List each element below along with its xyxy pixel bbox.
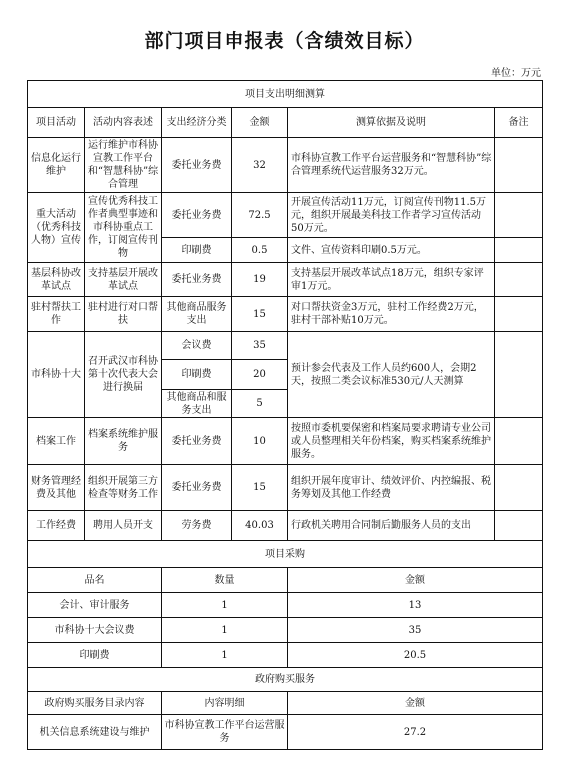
note-cell — [495, 138, 543, 193]
table-row: 工作经费 聘用人员开支 劳务费 40.03 行政机关聘用合同制后勤服务人员的支出 — [28, 511, 543, 541]
detail-section-title: 项目支出明细测算 — [28, 81, 543, 108]
activity-cell: 档案工作 — [28, 418, 85, 465]
content-cell: 驻村进行对口帮扶 — [85, 297, 162, 332]
table-row: 档案工作 档案系统维护服务 委托业务费 10 按照市委机要保密和档案局要求聘请专… — [28, 418, 543, 465]
amount-cell: 19 — [232, 263, 288, 297]
project-application-table: 项目支出明细测算 项目活动 活动内容表述 支出经济分类 金额 测算依据及说明 备… — [27, 80, 543, 750]
content-cell: 宣传优秀科技工作者典型事迹和市科协重点工作，订阅宣传刊物 — [85, 193, 162, 263]
basis-cell: 预计参会代表及工作人员约600人，会期2天，按照二类会议标准530元/人天测算 — [288, 332, 495, 418]
category-cell: 委托业务费 — [162, 418, 232, 465]
table-row: 机关信息系统建设与维护 市科协宣教工作平台运营服务 27.2 — [28, 715, 543, 750]
category-cell: 委托业务费 — [162, 138, 232, 193]
activity-cell: 重大活动（优秀科技人物）宣传 — [28, 193, 85, 263]
col-header-item-name: 品名 — [28, 568, 162, 593]
basis-cell: 市科协宣教工作平台运营服务和“智慧科协”综合管理系统代运营服务32万元。 — [288, 138, 495, 193]
col-header-amount: 金额 — [232, 108, 288, 138]
activity-cell: 工作经费 — [28, 511, 85, 541]
category-cell: 委托业务费 — [162, 193, 232, 238]
basis-cell: 行政机关聘用合同制后勤服务人员的支出 — [288, 511, 495, 541]
note-cell — [495, 418, 543, 465]
note-cell — [495, 332, 543, 418]
note-cell — [495, 511, 543, 541]
detail-header-row: 项目活动 活动内容表述 支出经济分类 金额 测算依据及说明 备注 — [28, 108, 543, 138]
category-cell: 其他商品服务支出 — [162, 297, 232, 332]
item-name-cell: 会计、审计服务 — [28, 593, 162, 618]
col-header-gov-amount: 金额 — [288, 692, 543, 715]
procurement-header-row: 品名 数量 金额 — [28, 568, 543, 593]
col-header-category: 支出经济分类 — [162, 108, 232, 138]
amount-cell: 15 — [232, 297, 288, 332]
amount-cell: 35 — [232, 332, 288, 360]
gov-service-section-title: 政府购买服务 — [28, 668, 543, 692]
basis-cell: 组织开展年度审计、绩效评价、内控编报、税务筹划及其他工作经费 — [288, 465, 495, 511]
table-row: 重大活动（优秀科技人物）宣传 宣传优秀科技工作者典型事迹和市科协重点工作，订阅宣… — [28, 193, 543, 238]
item-name-cell: 印刷费 — [28, 643, 162, 668]
table-row: 基层科协改革试点 支持基层开展改革试点 委托业务费 19 支持基层开展改革试点1… — [28, 263, 543, 297]
col-header-basis: 测算依据及说明 — [288, 108, 495, 138]
basis-cell: 按照市委机要保密和档案局要求聘请专业公司或人员整理相关年份档案，购买档案系统维护… — [288, 418, 495, 465]
table-row: 印刷费 1 20.5 — [28, 643, 543, 668]
quantity-cell: 1 — [162, 618, 288, 643]
col-header-catalog: 政府购买服务目录内容 — [28, 692, 162, 715]
unit-label: 单位：万元 — [491, 64, 541, 79]
amount-cell: 20 — [232, 360, 288, 390]
content-cell: 档案系统维护服务 — [85, 418, 162, 465]
page-title: 部门项目申报表（含绩效目标） — [0, 26, 569, 53]
amount-cell: 15 — [232, 465, 288, 511]
quantity-cell: 1 — [162, 593, 288, 618]
content-cell: 支持基层开展改革试点 — [85, 263, 162, 297]
table-row: 财务管理经费及其他 组织开展第三方检查等财务工作 委托业务费 15 组织开展年度… — [28, 465, 543, 511]
activity-cell: 驻村帮扶工作 — [28, 297, 85, 332]
amount-cell: 32 — [232, 138, 288, 193]
activity-cell: 财务管理经费及其他 — [28, 465, 85, 511]
col-header-detail: 内容明细 — [162, 692, 288, 715]
col-header-quantity: 数量 — [162, 568, 288, 593]
quantity-cell: 1 — [162, 643, 288, 668]
amount-cell: 13 — [288, 593, 543, 618]
col-header-content: 活动内容表述 — [85, 108, 162, 138]
table-row: 市科协十大会议费 1 35 — [28, 618, 543, 643]
col-header-note: 备注 — [495, 108, 543, 138]
category-cell: 其他商品和服务支出 — [162, 390, 232, 418]
item-name-cell: 市科协十大会议费 — [28, 618, 162, 643]
amount-cell: 20.5 — [288, 643, 543, 668]
category-cell: 会议费 — [162, 332, 232, 360]
table-row: 驻村帮扶工作 驻村进行对口帮扶 其他商品服务支出 15 对口帮扶资金3万元，驻村… — [28, 297, 543, 332]
amount-cell: 72.5 — [232, 193, 288, 238]
basis-cell: 文件、宣传资料印刷0.5万元。 — [288, 238, 495, 263]
note-cell — [495, 297, 543, 332]
gov-service-header-row: 政府购买服务目录内容 内容明细 金额 — [28, 692, 543, 715]
activity-cell: 信息化运行维护 — [28, 138, 85, 193]
table-row: 市科协十大 召开武汉市科协第十次代表大会进行换届 会议费 35 预计参会代表及工… — [28, 332, 543, 360]
category-cell: 印刷费 — [162, 360, 232, 390]
note-cell — [495, 193, 543, 238]
note-cell — [495, 238, 543, 263]
content-cell: 运行维护市科协宣教工作平台和“智慧科协”综合管理 — [85, 138, 162, 193]
amount-cell: 5 — [232, 390, 288, 418]
category-cell: 劳务费 — [162, 511, 232, 541]
amount-cell: 40.03 — [232, 511, 288, 541]
content-cell: 召开武汉市科协第十次代表大会进行换届 — [85, 332, 162, 418]
category-cell: 委托业务费 — [162, 465, 232, 511]
content-cell: 聘用人员开支 — [85, 511, 162, 541]
category-cell: 印刷费 — [162, 238, 232, 263]
category-cell: 委托业务费 — [162, 263, 232, 297]
basis-cell: 开展宣传活动11万元，订阅宣传刊物11.5万元，组织开展最美科技工作者学习宣传活… — [288, 193, 495, 238]
amount-cell: 10 — [232, 418, 288, 465]
note-cell — [495, 263, 543, 297]
content-cell: 组织开展第三方检查等财务工作 — [85, 465, 162, 511]
detail-cell: 市科协宣教工作平台运营服务 — [162, 715, 288, 750]
procurement-section-title: 项目采购 — [28, 541, 543, 568]
table-row: 信息化运行维护 运行维护市科协宣教工作平台和“智慧科协”综合管理 委托业务费 3… — [28, 138, 543, 193]
note-cell — [495, 465, 543, 511]
basis-cell: 对口帮扶资金3万元，驻村工作经费2万元，驻村干部补贴10万元。 — [288, 297, 495, 332]
amount-cell: 0.5 — [232, 238, 288, 263]
catalog-cell: 机关信息系统建设与维护 — [28, 715, 162, 750]
amount-cell: 35 — [288, 618, 543, 643]
amount-cell: 27.2 — [288, 715, 543, 750]
col-header-activity: 项目活动 — [28, 108, 85, 138]
table-row: 会计、审计服务 1 13 — [28, 593, 543, 618]
col-header-proc-amount: 金额 — [288, 568, 543, 593]
activity-cell: 基层科协改革试点 — [28, 263, 85, 297]
basis-cell: 支持基层开展改革试点18万元，组织专家评审1万元。 — [288, 263, 495, 297]
activity-cell: 市科协十大 — [28, 332, 85, 418]
